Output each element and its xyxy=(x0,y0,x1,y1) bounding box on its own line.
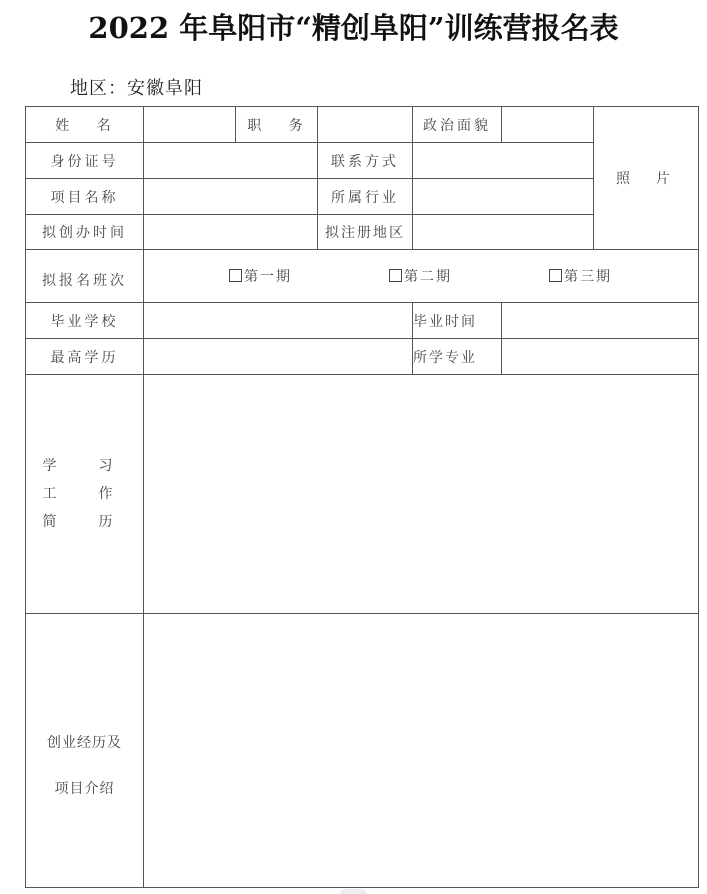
venture-label-line: 项目介绍 xyxy=(26,766,143,812)
register-area-label: 拟注册地区 xyxy=(318,215,412,249)
session-option-2[interactable]: 第二期 xyxy=(389,266,452,286)
position-field[interactable] xyxy=(318,107,412,142)
industry-field[interactable] xyxy=(413,179,593,214)
checkbox-icon[interactable] xyxy=(389,269,402,282)
id-number-field[interactable] xyxy=(144,143,317,178)
planned-start-time-field[interactable] xyxy=(144,215,317,249)
session-option-3[interactable]: 第三期 xyxy=(549,266,612,286)
resume-label: 学 习 工 作 简 历 xyxy=(26,452,143,536)
session-option-label: 第二期 xyxy=(404,269,452,285)
political-status-label: 政治面貌 xyxy=(413,107,501,142)
page-indicator[interactable] xyxy=(340,889,367,894)
id-number-label: 身份证号 xyxy=(26,143,143,178)
registration-form-table: 姓 名 职 务 政治面貌 照 片 身份证号 联系方式 项目名称 所属行业 拟创办… xyxy=(0,0,707,894)
venture-field[interactable] xyxy=(144,614,698,887)
project-name-field[interactable] xyxy=(144,179,317,214)
education-label: 最高学历 xyxy=(26,339,143,374)
table-border-right xyxy=(698,106,699,888)
resume-label-line: 学 习 xyxy=(26,452,143,480)
industry-label: 所属行业 xyxy=(318,179,412,214)
photo-area[interactable]: 照 片 xyxy=(594,107,698,249)
session-option-label: 第一期 xyxy=(244,269,292,285)
major-field[interactable] xyxy=(502,339,698,374)
venture-label-line: 创业经历及 xyxy=(26,720,143,766)
resume-label-line: 简 历 xyxy=(26,508,143,536)
venture-label: 创业经历及 项目介绍 xyxy=(26,720,143,812)
resume-field[interactable] xyxy=(144,375,698,613)
planned-start-time-label: 拟创办时间 xyxy=(26,215,143,249)
session-option-label: 第三期 xyxy=(564,269,612,285)
school-field[interactable] xyxy=(144,303,412,338)
contact-label: 联系方式 xyxy=(318,143,412,178)
name-label: 姓 名 xyxy=(26,107,143,142)
contact-field[interactable] xyxy=(413,143,593,178)
project-name-label: 项目名称 xyxy=(26,179,143,214)
resume-label-line: 工 作 xyxy=(26,480,143,508)
session-option-1[interactable]: 第一期 xyxy=(229,266,292,286)
position-label: 职 务 xyxy=(236,107,317,142)
checkbox-icon[interactable] xyxy=(229,269,242,282)
school-label: 毕业学校 xyxy=(26,303,143,338)
session-label: 拟报名班次 xyxy=(26,250,143,302)
name-field[interactable] xyxy=(144,107,235,142)
checkbox-icon[interactable] xyxy=(549,269,562,282)
major-label: 所学专业 xyxy=(413,339,501,374)
graduation-time-label: 毕业时间 xyxy=(413,303,501,338)
graduation-time-field[interactable] xyxy=(502,303,698,338)
table-border-bottom xyxy=(25,887,699,888)
political-status-field[interactable] xyxy=(502,107,593,142)
register-area-field[interactable] xyxy=(413,215,593,249)
education-field[interactable] xyxy=(144,339,412,374)
